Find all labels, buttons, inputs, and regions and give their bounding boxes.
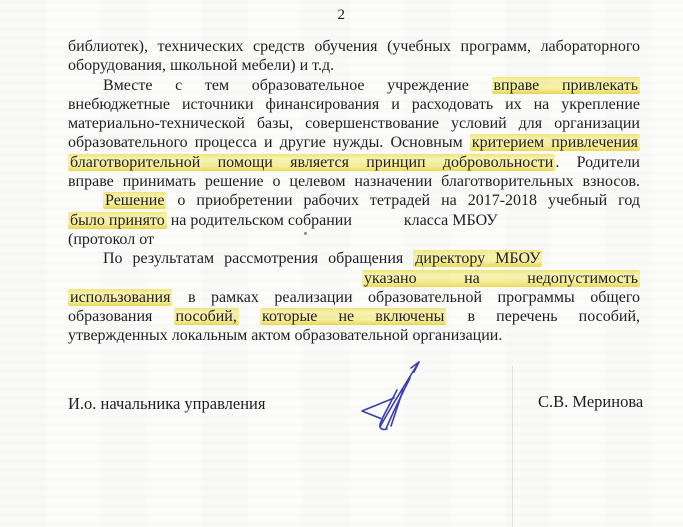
- highlighted-text: было принято: [68, 212, 167, 229]
- highlighted-text: критерием привлечения: [470, 134, 640, 151]
- doc-line: Вместе с тем образовательное учреждение …: [68, 76, 640, 95]
- doc-line: оборудования, школьной мебели) и т.д.: [68, 56, 640, 75]
- highlighted-text: Решение: [103, 192, 166, 209]
- highlighted-text: которые не включены: [260, 308, 446, 325]
- doc-line: образовательного процесса и другие нужды…: [68, 133, 640, 152]
- highlighted-text: директору МБОУ: [413, 250, 542, 267]
- doc-line: было принято на родительском собраниикла…: [68, 211, 640, 230]
- highlighted-text: использования: [68, 289, 172, 306]
- signer-title: И.о. начальника управления: [68, 394, 265, 414]
- doc-line: библиотек), технических средств обучения…: [68, 37, 640, 56]
- highlighted-text: вправе привлекать: [492, 77, 641, 94]
- doc-line: (протокол от: [68, 230, 640, 249]
- scan-artifact-line: [512, 366, 513, 527]
- text-run: образования: [68, 308, 174, 325]
- signature-handwritten: [344, 350, 444, 435]
- text-run: внебюджетные источники финансирования и …: [68, 96, 640, 113]
- text-run: [239, 308, 260, 325]
- doc-line: образования пособий, которые не включены…: [68, 307, 640, 326]
- doc-line: внебюджетные источники финансирования и …: [68, 95, 640, 114]
- document-lines: библиотек), технических средств обучения…: [68, 37, 640, 346]
- page-number: 2: [0, 7, 683, 24]
- text-run: утвержденных локальным актом образовател…: [68, 327, 502, 344]
- text-run: (протокол от: [68, 231, 154, 248]
- doc-line: По результатам рассмотрения обращения ди…: [68, 249, 640, 268]
- text-run: материально-технической базы, совершенст…: [68, 115, 640, 132]
- text-run: в рамках реализации образовательной прог…: [172, 289, 640, 306]
- doc-line: Решение о приобретении рабочих тетрадей …: [68, 191, 640, 210]
- doc-line: вправе принимать решение о целевом назна…: [68, 172, 640, 191]
- signer-name: С.В. Меринова: [538, 392, 643, 412]
- text-run: о приобретении рабочих тетрадей на 2017-…: [166, 192, 640, 209]
- scanned-document-page: 2 библиотек), технических средств обучен…: [0, 0, 683, 527]
- highlighted-text: благотворительной помощи является принци…: [68, 154, 555, 171]
- doc-line: использования в рамках реализации образо…: [68, 288, 640, 307]
- text-run: оборудования, школьной мебели) и т.д.: [68, 57, 334, 74]
- highlighted-text: указано на недопустимость: [362, 270, 640, 287]
- text-run: . Родители: [555, 154, 640, 171]
- text-run: библиотек), технических средств обучения…: [68, 38, 640, 55]
- text-run: образовательного процесса и другие нужды…: [68, 134, 470, 151]
- highlighted-text: пособий,: [174, 308, 239, 325]
- text-run: на родительском собрании: [167, 212, 352, 229]
- doc-line: материально-технической базы, совершенст…: [68, 114, 640, 133]
- text-run: в перечень пособий,: [446, 308, 640, 325]
- text-run: класса МБОУ: [404, 212, 498, 229]
- text-run: вправе принимать решение о целевом назна…: [68, 173, 640, 190]
- text-run: По результатам рассмотрения обращения: [103, 250, 413, 267]
- scan-artifact-dot: [304, 232, 307, 235]
- text-run: Вместе с тем образовательное учреждение: [103, 77, 492, 94]
- doc-line: благотворительной помощи является принци…: [68, 153, 640, 172]
- doc-line: указано на недопустимость: [68, 269, 640, 288]
- doc-line: утвержденных локальным актом образовател…: [68, 326, 640, 345]
